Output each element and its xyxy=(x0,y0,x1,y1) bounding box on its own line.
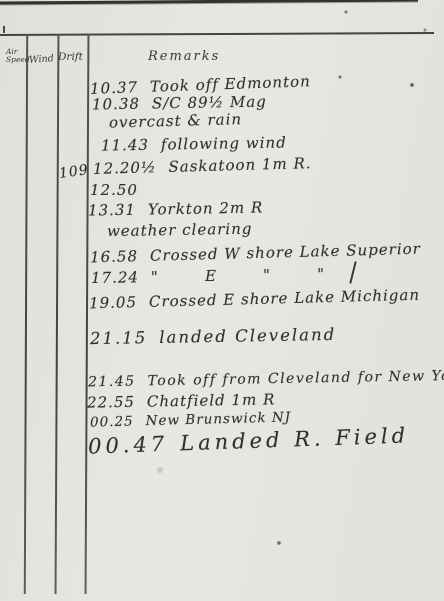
entry-text: Saskatoon 1m R. xyxy=(168,154,312,176)
column-header-wind: Wind xyxy=(29,53,55,66)
page-edge-tick xyxy=(3,26,5,33)
entry-text: " E " " xyxy=(151,265,325,286)
pen-stroke-mark xyxy=(349,261,357,284)
entry-time: 12.50 xyxy=(90,181,138,199)
entry-time: 17.24 xyxy=(91,268,139,287)
entry-time: 00.25 xyxy=(90,413,134,430)
column-header-remarks: Remarks xyxy=(148,49,220,64)
entry-time: 16.58 xyxy=(90,247,138,266)
entry-time: 12.20½ xyxy=(93,158,157,178)
log-entry: 13.31Yorkton 2m R xyxy=(88,198,263,219)
entry-time: 13.31 xyxy=(88,201,136,220)
entry-time: 21.45 xyxy=(88,373,136,390)
log-entry: 00.25New Brunswick NJ xyxy=(90,409,291,430)
log-entry: 21.45Took off from Cleveland for New Yor… xyxy=(88,368,444,391)
column-line-3 xyxy=(85,34,89,594)
log-entry: 12.50 xyxy=(90,181,150,199)
entry-text: Crossed E shore Lake Michigan xyxy=(149,286,420,311)
entry-text: overcast & rain xyxy=(109,110,243,131)
entry-text: Landed R. Field xyxy=(180,423,410,455)
log-entry: 16.58Crossed W shore Lake Superior xyxy=(90,240,421,267)
column-header-drift: Drift xyxy=(58,51,83,63)
log-entry: weather clearing xyxy=(95,220,253,241)
entry-text: Took off from Cleveland for New York xyxy=(147,368,444,390)
log-entry: 17.24" E " " xyxy=(91,265,325,287)
entry-text: New Brunswick NJ xyxy=(145,409,291,429)
log-entry: 22.55Chatfield 1m R xyxy=(87,390,276,411)
entry-text: landed Cleveland xyxy=(159,325,336,347)
logbook-scan-page: Air Speed Wind Drift Remarks 109 10.37To… xyxy=(0,0,444,601)
column-line-2 xyxy=(55,34,59,594)
log-entry: 11.43following wind xyxy=(101,133,287,154)
entry-time: 21.15 xyxy=(90,328,148,348)
entry-time: 19.05 xyxy=(89,293,137,312)
entry-text: Chatfield 1m R xyxy=(147,390,276,410)
entry-time: 22.55 xyxy=(87,393,135,412)
entry-text: Crossed W shore Lake Superior xyxy=(150,240,421,265)
entry-text: weather clearing xyxy=(107,220,253,241)
table-rule-header-bottom xyxy=(0,0,418,4)
log-entry: 21.15landed Cleveland xyxy=(90,325,336,348)
entry-text: following wind xyxy=(161,133,287,153)
log-entry: 12.20½Saskatoon 1m R. xyxy=(93,154,312,178)
entry-text: Yorkton 2m R xyxy=(148,198,264,218)
entry-time: 10.38 xyxy=(92,95,140,114)
entry-time: 11.43 xyxy=(101,136,149,155)
entry-text: S/C 89½ Mag xyxy=(152,92,267,112)
entry-time: 00.47 xyxy=(88,432,169,459)
log-entry: 19.05Crossed E shore Lake Michigan xyxy=(89,286,420,313)
column-line-1 xyxy=(24,34,28,594)
margin-note-airspeed: 109 xyxy=(58,162,90,182)
table-rule-top xyxy=(0,32,434,36)
log-entry: overcast & rain xyxy=(97,110,243,132)
